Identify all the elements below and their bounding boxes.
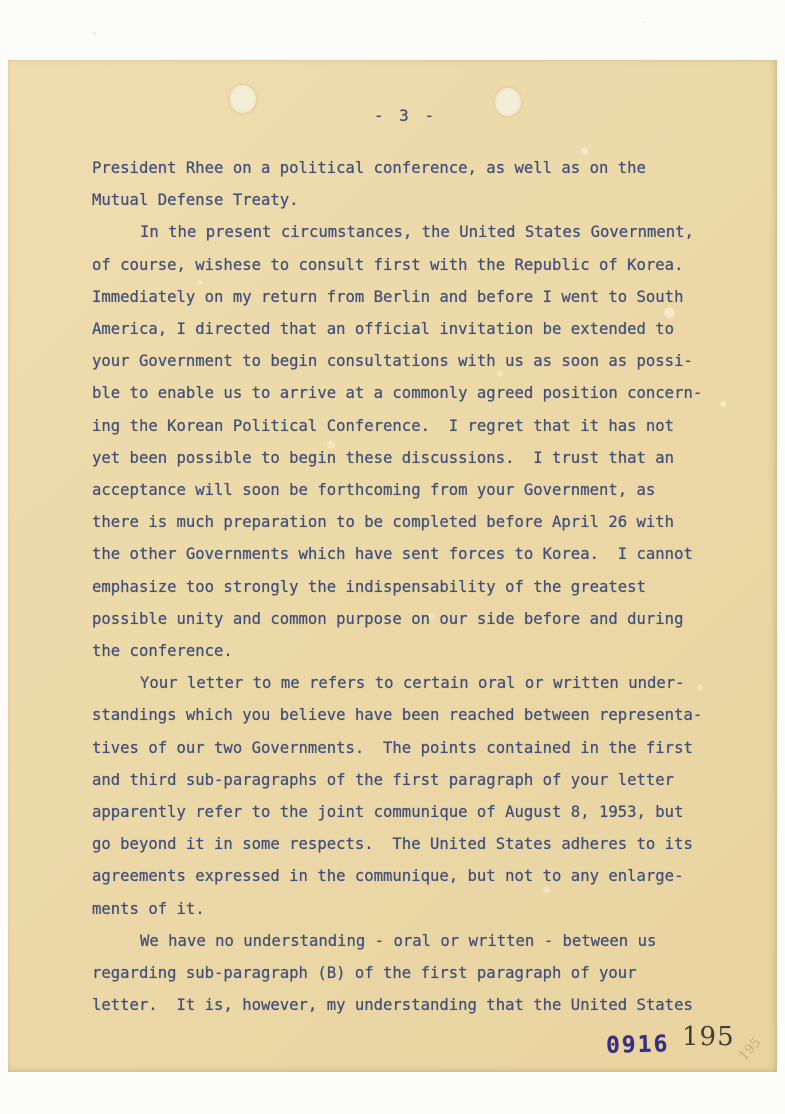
- scan-background: - 3 - President Rhee on a political conf…: [0, 0, 785, 1114]
- faint-pencil-mark: 195: [737, 1035, 765, 1063]
- text-line: the other Governments which have sent fo…: [92, 538, 732, 570]
- text-line: apparently refer to the joint communique…: [92, 796, 732, 828]
- text-line: yet been possible to begin these discuss…: [92, 442, 732, 474]
- page-stamp: 195: [682, 1022, 735, 1052]
- text-line: acceptance will soon be forthcoming from…: [92, 474, 732, 506]
- text-line: Your letter to me refers to certain oral…: [92, 667, 732, 699]
- document-body: President Rhee on a political conference…: [92, 152, 732, 1021]
- text-line: America, I directed that an official inv…: [92, 313, 732, 345]
- page-number: - 3 -: [8, 106, 777, 125]
- text-line: the conference.: [92, 635, 732, 667]
- text-line: there is much preparation to be complete…: [92, 506, 732, 538]
- text-line: of course, wishese to consult first with…: [92, 249, 732, 281]
- text-line: ble to enable us to arrive at a commonly…: [92, 377, 732, 409]
- text-line: standings which you believe have been re…: [92, 699, 732, 731]
- text-line: letter. It is, however, my understanding…: [92, 989, 732, 1021]
- text-line: go beyond it in some respects. The Unite…: [92, 828, 732, 860]
- serial-number-stamp: 0916: [606, 1031, 670, 1059]
- text-line: Immediately on my return from Berlin and…: [92, 281, 732, 313]
- text-line: agreements expressed in the communique, …: [92, 860, 732, 892]
- text-line: tives of our two Governments. The points…: [92, 732, 732, 764]
- text-line: ments of it.: [92, 893, 732, 925]
- text-line: Mutual Defense Treaty.: [92, 184, 732, 216]
- text-line: emphasize too strongly the indispensabil…: [92, 571, 732, 603]
- text-line: and third sub-paragraphs of the first pa…: [92, 764, 732, 796]
- text-line: regarding sub-paragraph (B) of the first…: [92, 957, 732, 989]
- text-line: ing the Korean Political Conference. I r…: [92, 410, 732, 442]
- text-line: your Government to begin consultations w…: [92, 345, 732, 377]
- text-line: We have no understanding - oral or writt…: [92, 925, 732, 957]
- text-line: In the present circumstances, the United…: [92, 216, 732, 248]
- document-page: - 3 - President Rhee on a political conf…: [8, 60, 777, 1072]
- text-line: possible unity and common purpose on our…: [92, 603, 732, 635]
- text-line: President Rhee on a political conference…: [92, 152, 732, 184]
